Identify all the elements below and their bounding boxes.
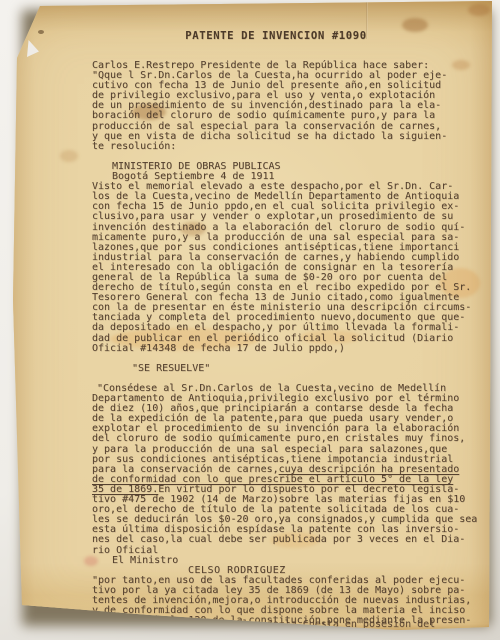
document-body: Carlos E.Restrepo Presidente de la Repúb… [92,61,477,630]
dirt-speck [38,30,44,34]
document-title: PATENTE DE INVENCION #1090 [90,30,462,42]
document-line: nes del caso,la cual debe ser publicada … [92,535,477,545]
stain [468,4,490,16]
document-line: clusivo,para usar y vender o explotar,un… [92,212,477,222]
document-line: te resolución: [92,142,477,152]
document-line: "SE RESUELVE" [92,364,477,374]
document-line: Oficial #14348 de fecha 17 de Julio ppdo… [92,344,477,354]
stain [60,150,78,162]
paper-sheet: PATENTE DE INVENCION #1090 Carlos E.Rest… [0,0,500,640]
